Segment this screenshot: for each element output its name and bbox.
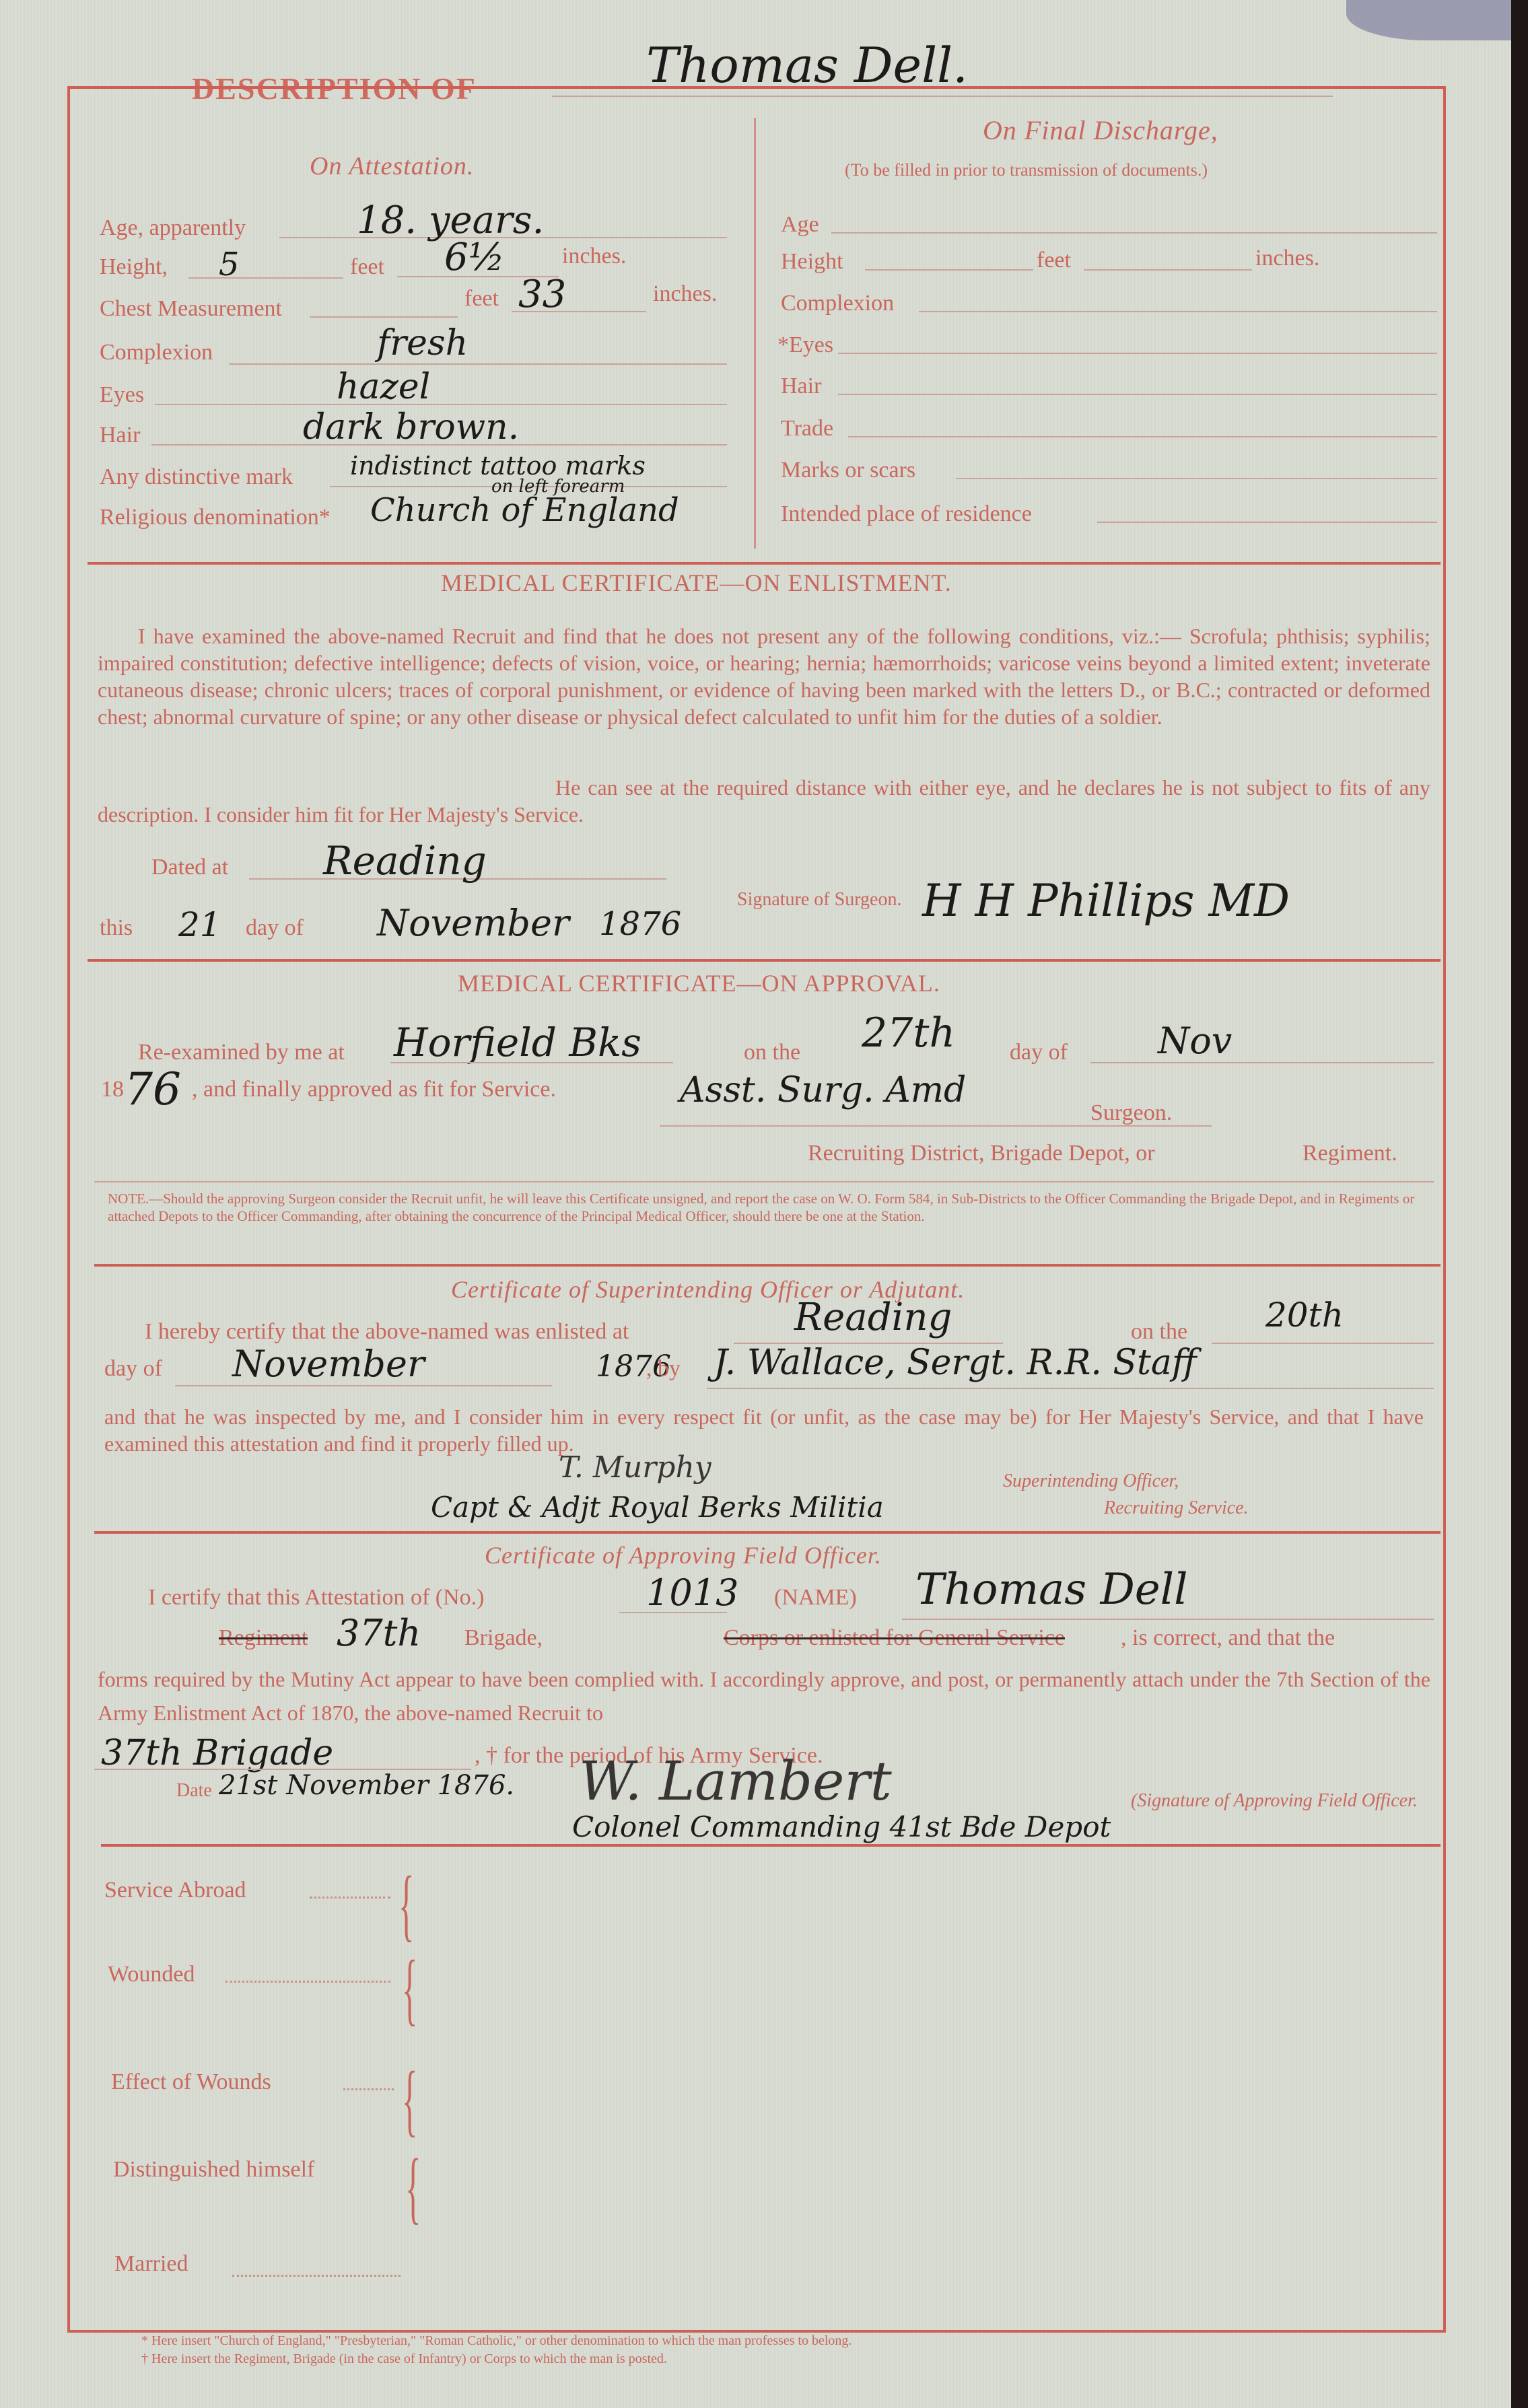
attestation-heading: On Attestation. — [310, 151, 474, 181]
district-label: Recruiting District, Brigade Depot, or — [808, 1141, 1155, 1166]
approval-note: NOTE.—Should the approving Surgeon consi… — [108, 1190, 1420, 1225]
attestation-number-label: I certify that this Attestation of (No.) — [148, 1585, 485, 1610]
hair-label: Hair — [100, 423, 140, 448]
discharge-age-label: Age — [781, 212, 819, 238]
approved-label: , and finally approved as fit for Servic… — [192, 1077, 556, 1102]
column-divider — [754, 118, 756, 548]
enlisted-day-value: 20th — [1265, 1296, 1344, 1335]
feet-label: feet — [350, 254, 384, 280]
corps-struck-label: Corps or enlisted for General Service — [724, 1625, 1065, 1651]
effect-of-wounds-label: Effect of Wounds — [111, 2069, 271, 2095]
date-label: Date — [176, 1780, 212, 1802]
discharge-residence-label: Intended place of residence — [781, 501, 1032, 527]
discharge-inches-label: inches. — [1255, 246, 1319, 271]
eyes-value: hazel — [337, 367, 430, 407]
chest-label: Chest Measurement — [100, 296, 282, 322]
footnote-2: † Here insert the Regiment, Brigade (in … — [141, 2350, 1286, 2368]
brigade-label: Brigade, — [464, 1625, 543, 1651]
brigade-value: 37th — [337, 1612, 421, 1654]
eyes-label: Eyes — [100, 382, 144, 408]
by-label: , by — [646, 1356, 681, 1382]
enlisted-day-of-label: day of — [104, 1356, 162, 1382]
field-officer-title: Colonel Commanding 41st Bde Depot — [572, 1810, 1111, 1843]
footnote-1: * Here insert "Church of England," "Pres… — [141, 2332, 1286, 2349]
enlisted-place-value: Reading — [794, 1296, 952, 1339]
distinguished-himself-label: Distinguished himself — [113, 2157, 314, 2183]
enlisted-on-the-label: on the — [1131, 1319, 1187, 1345]
shadow — [1346, 0, 1528, 40]
approval-month-value: Nov — [1158, 1020, 1232, 1062]
attestation-document: DESCRIPTION OF Thomas Dell. On Attestati… — [0, 0, 1511, 2408]
enlisted-at-label: I hereby certify that the above-named wa… — [145, 1319, 629, 1345]
field-officer-signature: W. Lambert — [579, 1750, 892, 1812]
age-label: Age, apparently — [100, 215, 246, 241]
approval-year-value: 76 — [125, 1063, 181, 1115]
hair-value: dark brown. — [303, 407, 519, 448]
approval-day-value: 27th — [862, 1010, 955, 1057]
service-abroad-label: Service Abroad — [104, 1878, 246, 1903]
enlistment-year-value: 1876 — [599, 905, 681, 943]
brace-icon: { — [402, 2059, 417, 2140]
posted-to-value: 37th Brigade — [101, 1733, 333, 1773]
approving-surgeon-signature: Asst. Surg. Amd — [680, 1070, 966, 1110]
approval-on-the-label: on the — [744, 1040, 800, 1065]
complexion-label: Complexion — [100, 340, 213, 365]
approval-year-prefix: 18 — [101, 1077, 124, 1102]
regiment-label: Regiment. — [1303, 1141, 1397, 1166]
field-officer-signature-label: (Signature of Approving Field Officer. — [1131, 1790, 1387, 1812]
enlisted-by-value: J. Wallace, Sergt. R.R. Staff — [714, 1343, 1197, 1383]
enlisted-month-value: November — [232, 1343, 425, 1385]
enlistment-month-value: November — [377, 902, 569, 944]
superintending-body: and that he was inspected by me, and I c… — [104, 1403, 1424, 1457]
surgeon-label: Surgeon. — [1090, 1100, 1172, 1126]
dated-at-label: Dated at — [151, 855, 228, 880]
approval-day-of-label: day of — [1010, 1040, 1068, 1065]
discharge-feet-label: feet — [1037, 248, 1071, 273]
enlistment-fitness-text: He can see at the required distance with… — [98, 774, 1430, 828]
superintending-officer-label: Superintending Officer, — [1003, 1471, 1179, 1492]
day-of-label: day of — [246, 915, 304, 941]
chest-inches-label: inches. — [653, 281, 717, 307]
discharge-eyes-label: *Eyes — [777, 332, 833, 358]
reexamined-label: Re-examined by me at — [138, 1040, 345, 1065]
correct-label: , is correct, and that the — [1121, 1625, 1335, 1651]
date-value: 21st November 1876. — [219, 1770, 514, 1801]
height-inches-value: 6½ — [444, 236, 505, 279]
religion-label: Religious denomination* — [100, 505, 331, 530]
dated-at-value: Reading — [323, 838, 487, 884]
surgeon-signature-label: Signature of Surgeon. — [737, 888, 872, 911]
enlistment-conditions-text: I have examined the above-named Recruit … — [98, 623, 1430, 730]
complexion-value: fresh — [377, 323, 468, 363]
chest-feet-label: feet — [464, 286, 499, 312]
enlistment-heading: MEDICAL CERTIFICATE—ON ENLISTMENT. — [441, 569, 952, 597]
surgeon-signature: H H Phillips MD — [922, 875, 1290, 927]
brace-icon: { — [402, 1948, 417, 2029]
discharge-trade-label: Trade — [781, 416, 833, 441]
discharge-heading: On Final Discharge, — [983, 114, 1218, 146]
discharge-subheading: (To be filled in prior to transmission o… — [845, 160, 1208, 180]
page-edge — [1511, 0, 1528, 2408]
religion-value: Church of England — [370, 491, 679, 529]
height-label: Height, — [100, 254, 168, 280]
inches-label: inches. — [562, 244, 626, 269]
attestation-name-label: (NAME) — [774, 1585, 857, 1610]
discharge-hair-label: Hair — [781, 374, 821, 399]
discharge-marks-label: Marks or scars — [781, 458, 915, 483]
reexamined-place-value: Horfield Bks — [394, 1020, 641, 1065]
distinctive-mark-label: Any distinctive mark — [100, 464, 293, 490]
approval-heading: MEDICAL CERTIFICATE—ON APPROVAL. — [458, 969, 940, 997]
superintending-signature: T. Murphy — [559, 1450, 711, 1485]
recruiting-service-label: Recruiting Service. — [1104, 1497, 1249, 1519]
discharge-complexion-label: Complexion — [781, 291, 894, 316]
field-officer-body: forms required by the Mutiny Act appear … — [98, 1662, 1430, 1730]
this-label: this — [100, 915, 133, 941]
enlistment-day-value: 21 — [178, 905, 221, 944]
superintending-title: Capt & Adjt Royal Berks Militia — [431, 1491, 884, 1524]
chest-value: 33 — [518, 273, 566, 316]
discharge-height-label: Height — [781, 249, 843, 275]
brace-icon: { — [405, 2147, 421, 2228]
attestation-name-value: Thomas Dell — [915, 1565, 1188, 1615]
regiment-struck-label: Regiment — [219, 1625, 308, 1651]
field-officer-heading: Certificate of Approving Field Officer. — [485, 1541, 882, 1569]
recruit-name: Thomas Dell. — [646, 37, 968, 94]
wounded-label: Wounded — [108, 1962, 195, 1987]
attestation-number-value: 1013 — [646, 1571, 738, 1614]
brace-icon: { — [398, 1864, 414, 1945]
married-label: Married — [114, 2251, 188, 2277]
